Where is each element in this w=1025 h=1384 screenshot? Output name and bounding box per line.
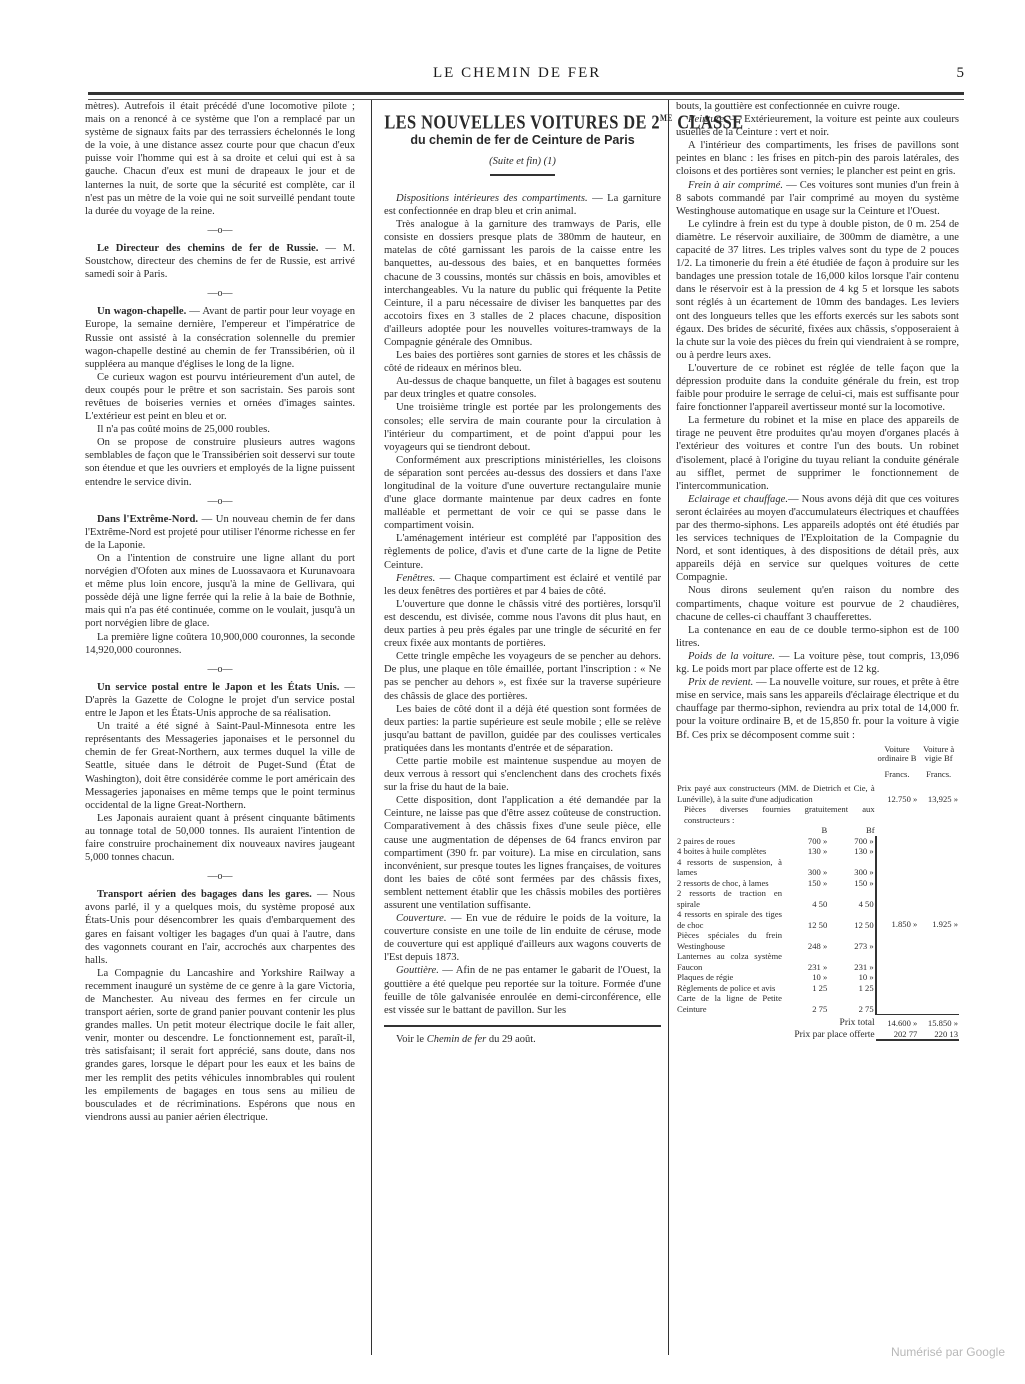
watermark: Numérisé par Google	[891, 1345, 1005, 1359]
article-title: LES NOUVELLES VOITURES DE 2ME CLASSE	[384, 112, 660, 130]
paragraph: Au-dessus de chaque banquette, un filet …	[384, 375, 661, 401]
table-row: BBf	[676, 825, 959, 836]
paragraph-text: La fermeture du robinet et la mise en pl…	[676, 415, 959, 491]
column-header: Voiture à vigie Bf	[918, 745, 959, 764]
paragraph: Dispositions intérieures des compartimen…	[384, 192, 661, 218]
paragraph: Nous dirons seulement qu'en raison du no…	[676, 584, 959, 623]
section-label: Dispositions intérieures des compartimen…	[396, 193, 588, 204]
paragraph: Poids de la voiture. — La voiture pèse, …	[676, 650, 959, 676]
table-row: Prix payé aux constructeurs (MM. de Diet…	[676, 779, 959, 804]
paragraph: Les baies des portières sont garnies de …	[384, 349, 661, 375]
column-center: LES NOUVELLES VOITURES DE 2ME CLASSE du …	[384, 100, 661, 1046]
sub-header: B	[783, 825, 828, 836]
row-label: Prix payé aux constructeurs (MM. de Diet…	[676, 779, 876, 804]
row-label: Carte de la ligne de Petite Ceinture	[676, 993, 783, 1014]
section-label: Prix de revient.	[688, 677, 753, 688]
article-heading: Le Directeur des chemins de fer de Russi…	[97, 243, 318, 254]
paragraph-text: La Compagnie du Lancashire and Yorkshire…	[85, 968, 355, 1123]
paragraph: Fenêtres. — Chaque compartiment est écla…	[384, 572, 661, 598]
section-separator: —o—	[85, 224, 355, 237]
value-b: 10 »	[783, 972, 828, 983]
paragraph: Une troisième tringle est portée par les…	[384, 401, 661, 453]
article-heading: Transport aérien des bagages dans les ga…	[97, 889, 312, 900]
value-b: 2 75	[783, 993, 828, 1014]
paragraph: Cette partie mobile est maintenue suspen…	[384, 755, 661, 794]
paragraph: Transport aérien des bagages dans les ga…	[85, 888, 355, 967]
paragraph: Cette tringle empêche les voyageurs de s…	[384, 650, 661, 702]
table-row: Pièces diverses fournies gratuitement au…	[676, 804, 959, 825]
paragraph-text: L'ouverture que donne le châssis vitré d…	[384, 599, 661, 649]
table-row: 2 paires de roues700 »700 »1.850 »1.925 …	[676, 836, 959, 847]
subtotal-b: 1.850 »	[876, 836, 919, 1015]
article-heading: Un service postal entre le Japon et les …	[97, 682, 339, 693]
paragraph: Eclairage et chauffage.— Nous avons déjà…	[676, 493, 959, 585]
paragraph-text: On a l'intention de construire une ligne…	[85, 553, 355, 629]
value-bf: 130 »	[828, 846, 875, 857]
paragraph: On se propose de construire plusieurs au…	[85, 436, 355, 488]
value-b: 231 »	[783, 951, 828, 972]
section-separator: —o—	[85, 495, 355, 508]
value-b: 12.750 »	[876, 779, 919, 804]
paragraph-text: Les baies de côté dont il a déjà été que…	[384, 704, 661, 754]
paragraph: Peinture. — Extérieurement, la voiture e…	[676, 113, 959, 139]
section-label: Fenêtres.	[396, 573, 435, 584]
paragraph: Le Directeur des chemins de fer de Russi…	[85, 242, 355, 281]
per-place-bf: 220 13	[918, 1029, 959, 1041]
table-cell	[918, 825, 959, 836]
paragraph: Le cylindre à frein est du type à double…	[676, 218, 959, 362]
value-bf: 10 »	[828, 972, 875, 983]
journal-title: LE CHEMIN DE FER	[433, 65, 601, 82]
paragraph: L'ouverture de ce robinet est réglée de …	[676, 362, 959, 414]
table-cell	[676, 764, 876, 780]
article-heading: Un wagon-chapelle.	[97, 306, 186, 317]
paragraph-text: Un traité a été signé à Saint-Paul-Minne…	[85, 721, 355, 811]
paragraph-text: Nous dirons seulement qu'en raison du no…	[676, 585, 959, 622]
value-b: 300 »	[783, 857, 828, 878]
paragraph: La contenance en eau de ce double termo-…	[676, 624, 959, 650]
value-bf: 273 »	[828, 930, 875, 951]
value-b: 700 »	[783, 836, 828, 847]
section-label: Peinture.	[688, 114, 727, 125]
paragraph-text: A l'intérieur des compartiments, les fri…	[676, 140, 959, 177]
paragraph: Couverture. — En vue de réduire le poids…	[384, 912, 661, 964]
total-bf: 15.850 »	[918, 1014, 959, 1029]
row-label: 2 paires de roues	[676, 836, 783, 847]
column-left: mètres). Autrefois il était précédé d'un…	[85, 100, 355, 1124]
section-label: Gouttière.	[396, 965, 439, 976]
paragraph: Conformément aux prescriptions ministéri…	[384, 454, 661, 533]
section-separator: —o—	[85, 663, 355, 676]
paragraph-text: Une troisième tringle est portée par les…	[384, 402, 661, 452]
article-heading: Dans l'Extrême-Nord.	[97, 514, 198, 525]
paragraph: La première ligne coûtera 10,900,000 cou…	[85, 631, 355, 657]
footnote: Voir le Chemin de fer du 29 août.	[384, 1033, 661, 1046]
paragraph: Frein à air comprimé. — Ces voitures son…	[676, 179, 959, 218]
paragraph-text: Ce curieux wagon est pourvu intérieureme…	[85, 372, 355, 422]
paragraph-text: On se propose de construire plusieurs au…	[85, 437, 355, 487]
paragraph-text: — Nous avons parlé, il y a quelques mois…	[85, 889, 355, 965]
paragraph-text: La première ligne coûtera 10,900,000 cou…	[85, 632, 355, 656]
paragraph: Il n'a pas coûté moins de 25,000 roubles…	[85, 423, 355, 436]
paragraph-text: — Nous avons déjà dit que ces voitures s…	[676, 494, 959, 584]
value-b: 4 50	[783, 888, 828, 909]
paragraph-text: L'ouverture de ce robinet est réglée de …	[676, 363, 959, 413]
paragraph-text: L'aménagement intérieur est complété par…	[384, 533, 661, 570]
value-b: 150 »	[783, 878, 828, 889]
paragraph-text: La contenance en eau de ce double termo-…	[676, 625, 959, 649]
paragraph: Les Japonais auraient quant à présent ci…	[85, 812, 355, 864]
row-label: Pièces spéciales du frein Westinghouse	[676, 930, 783, 951]
article-continuation-note: (Suite et fin) (1)	[384, 155, 661, 168]
paragraph: Un wagon-chapelle. — Avant de partir pou…	[85, 305, 355, 370]
section-separator: —o—	[85, 870, 355, 883]
section-label: Frein à air comprimé.	[688, 180, 783, 191]
value-bf: 12 50	[828, 909, 875, 930]
paragraph: La Compagnie du Lancashire and Yorkshire…	[85, 967, 355, 1124]
paragraph-text: Le cylindre à frein est du type à double…	[676, 219, 959, 361]
table-cell	[676, 825, 783, 836]
column-right: bouts, la gouttière est confectionnée en…	[676, 100, 959, 1041]
section-label: Poids de la voiture.	[688, 651, 775, 662]
total-label: Prix total	[676, 1014, 876, 1029]
table-cell	[876, 804, 919, 825]
unit-label: Francs.	[876, 764, 919, 780]
paragraph: mètres). Autrefois il était précédé d'un…	[85, 100, 355, 218]
paragraph: bouts, la gouttière est confectionnée en…	[676, 100, 959, 113]
paragraph-text: Il n'a pas coûté moins de 25,000 roubles…	[97, 424, 270, 435]
price-breakdown-table: Voiture ordinaire BVoiture à vigie BfFra…	[676, 745, 959, 1042]
article-subtitle: du chemin de fer de Ceinture de Paris	[384, 134, 661, 147]
paragraph: Prix de revient. — La nouvelle voiture, …	[676, 676, 959, 741]
paragraph-text: Cette disposition, dont l'application a …	[384, 795, 661, 911]
paragraph: Un traité a été signé à Saint-Paul-Minne…	[85, 720, 355, 812]
section-separator: —o—	[85, 287, 355, 300]
value-b: 130 »	[783, 846, 828, 857]
table-row: Prix total14.600 »15.850 »	[676, 1014, 959, 1029]
paragraph: Ce curieux wagon est pourvu intérieureme…	[85, 371, 355, 423]
paragraph-text: Au-dessus de chaque banquette, un filet …	[384, 376, 661, 400]
value-b: 1 25	[783, 983, 828, 994]
total-b: 14.600 »	[876, 1014, 919, 1029]
paragraph: La fermeture du robinet et la mise en pl…	[676, 414, 959, 493]
paragraph: L'ouverture que donne le châssis vitré d…	[384, 598, 661, 650]
paragraph: L'aménagement intérieur est complété par…	[384, 532, 661, 571]
sub-header: Bf	[828, 825, 875, 836]
value-bf: 13,925 »	[918, 779, 959, 804]
paragraph-text: Très analogue à la garniture des tramway…	[384, 219, 661, 348]
paragraph-text: Les baies des portières sont garnies de …	[384, 350, 661, 374]
subtotal-bf: 1.925 »	[918, 836, 959, 1015]
table-row: Prix par place offerte202 77220 13	[676, 1029, 959, 1041]
column-header: Voiture ordinaire B	[876, 745, 919, 764]
per-place-b: 202 77	[876, 1029, 919, 1041]
paragraph-text: Cette tringle empêche les voyageurs de s…	[384, 651, 661, 701]
paragraph: Dans l'Extrême-Nord. — Un nouveau chemin…	[85, 513, 355, 552]
value-bf: 300 »	[828, 857, 875, 878]
paragraph-text: Les Japonais auraient quant à présent ci…	[85, 813, 355, 863]
value-bf: 4 50	[828, 888, 875, 909]
paragraph: Les baies de côté dont il a déjà été que…	[384, 703, 661, 755]
column-divider	[668, 100, 669, 1355]
paragraph: Très analogue à la garniture des tramway…	[384, 218, 661, 349]
table-cell	[918, 804, 959, 825]
table-row: Voiture ordinaire BVoiture à vigie Bf	[676, 745, 959, 764]
paragraph: A l'intérieur des compartiments, les fri…	[676, 139, 959, 178]
column-divider	[371, 100, 372, 1355]
unit-label: Francs.	[918, 764, 959, 780]
per-place-label: Prix par place offerte	[676, 1029, 876, 1041]
value-bf: 700 »	[828, 836, 875, 847]
paragraph-text: bouts, la gouttière est confectionnée en…	[676, 101, 900, 112]
value-bf: 150 »	[828, 878, 875, 889]
value-b: 248 »	[783, 930, 828, 951]
row-label: 2 ressorts de choc, à lames	[676, 878, 783, 889]
value-b: 12 50	[783, 909, 828, 930]
section-label: Couverture.	[396, 913, 447, 924]
value-bf: 1 25	[828, 983, 875, 994]
header-rule	[88, 92, 964, 100]
section-label: Eclairage et chauffage.	[688, 494, 788, 505]
paragraph: Un service postal entre le Japon et les …	[85, 681, 355, 720]
row-label: Pièces diverses fournies gratuitement au…	[676, 804, 876, 825]
paragraph-text: Cette partie mobile est maintenue suspen…	[384, 756, 661, 793]
paragraph-text: Conformément aux prescriptions ministéri…	[384, 455, 661, 531]
row-label: Règlements de police et avis	[676, 983, 783, 994]
table-cell	[676, 745, 876, 764]
row-label: 2 ressorts de traction en spirale	[676, 888, 783, 909]
page-number: 5	[957, 65, 965, 82]
title-rule	[490, 174, 555, 176]
paragraph: Cette disposition, dont l'application a …	[384, 794, 661, 912]
row-label: 4 boites à huile complètes	[676, 846, 783, 857]
table-row: Francs.Francs.	[676, 764, 959, 780]
value-bf: 231 »	[828, 951, 875, 972]
paragraph: Gouttière. — Afin de ne pas entamer le g…	[384, 964, 661, 1016]
row-label: Plaques de régie	[676, 972, 783, 983]
footnote-rule	[384, 1025, 661, 1027]
row-label: Lanternes au colza système Faucon	[676, 951, 783, 972]
table-cell	[876, 825, 919, 836]
row-label: 4 ressorts en spirale des tiges de choc	[676, 909, 783, 930]
running-header: LE CHEMIN DE FER 5	[88, 65, 976, 87]
row-label: 4 ressorts de suspension, à lames	[676, 857, 783, 878]
value-bf: 2 75	[828, 993, 875, 1014]
paragraph: On a l'intention de construire une ligne…	[85, 552, 355, 631]
